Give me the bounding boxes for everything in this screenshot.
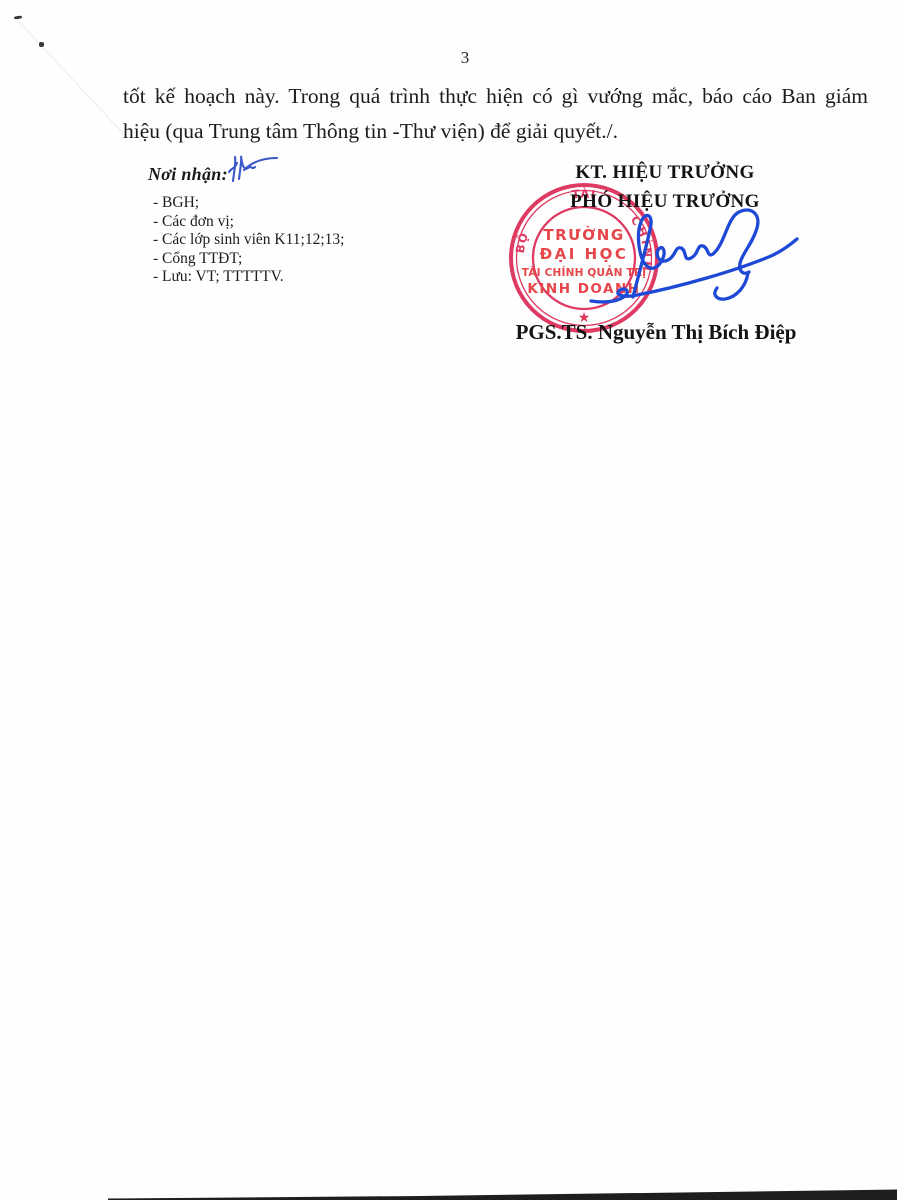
- recipient-item: - Các lớp sinh viên K11;12;13;: [153, 231, 344, 250]
- body-text-line: hiệu (qua Trung tâm Thông tin -Thư viện)…: [123, 119, 618, 144]
- recipients-list: - BGH; - Các đơn vị; - Các lớp sinh viên…: [153, 194, 344, 287]
- scan-scratch: [17, 20, 127, 138]
- scan-bottom-edge: [0, 1186, 897, 1200]
- signature-title-line1: KT. HIỆU TRƯỞNG: [520, 162, 810, 184]
- recipient-item: - Các đơn vị;: [153, 213, 344, 232]
- recipients-heading: Nơi nhận:: [148, 164, 228, 185]
- body-text-line: tốt kế hoạch này. Trong quá trình thực h…: [123, 84, 868, 109]
- signer-name: PGS.TS. Nguyễn Thị Bích Điệp: [500, 320, 812, 345]
- handwritten-initial-mark: [224, 150, 282, 190]
- scan-speck: [14, 15, 22, 19]
- page-number: 3: [398, 48, 532, 68]
- handwritten-signature: [575, 198, 810, 316]
- recipient-item: - BGH;: [153, 194, 344, 213]
- scanned-document-page: 3 tốt kế hoạch này. Trong quá trình thực…: [0, 0, 897, 1200]
- recipient-item: - Lưu: VT; TTTTTV.: [153, 268, 344, 287]
- recipient-item: - Cổng TTĐT;: [153, 250, 344, 269]
